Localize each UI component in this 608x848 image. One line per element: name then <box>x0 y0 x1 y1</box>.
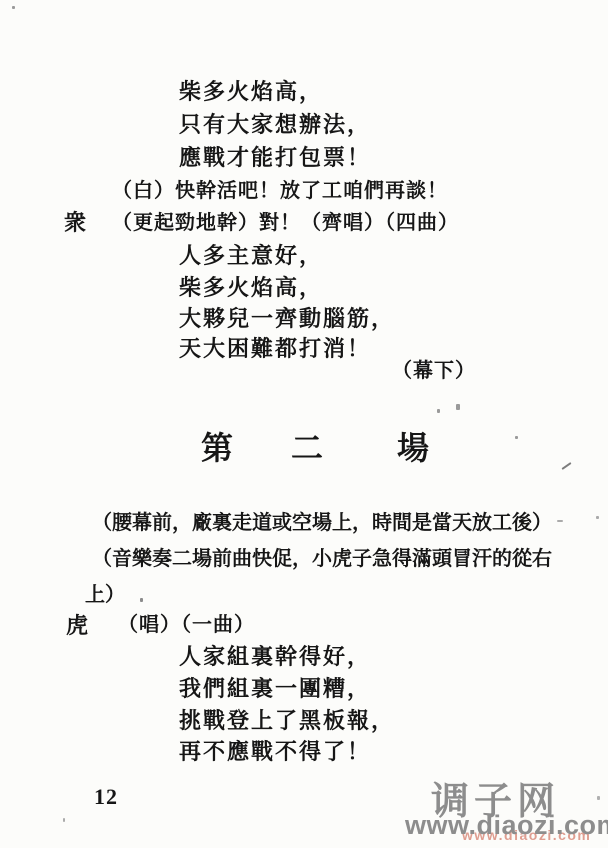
scene-heading-char: 場 <box>397 423 429 469</box>
stage-direction: （音樂奏二場前曲快促，小虎子急得滿頭冒汗的從右 <box>92 548 552 570</box>
lyric-line: 人多主意好， <box>179 244 323 268</box>
page-number: 12 <box>94 784 118 810</box>
lyric-line: 天大困難都打消！ <box>179 337 371 361</box>
scanned-script-page: 柴多火焰高， 只有大家想辦法， 應戰才能打包票！ （白）快幹活吧！放了工咱們再談… <box>0 0 608 848</box>
speaker-label-tiger: 虎 <box>66 614 88 638</box>
scan-speck <box>597 796 600 800</box>
scan-speck <box>515 436 518 439</box>
lyric-line: 柴多火焰高， <box>179 276 323 300</box>
lyric-line: 應戰才能打包票！ <box>179 146 371 170</box>
lyric-line: 柴多火焰高， <box>179 80 323 104</box>
scan-speck <box>12 6 15 9</box>
chorus-dialogue-line: （更起勁地幹）對！（齊唱）（四曲） <box>112 212 459 234</box>
scan-speck <box>437 409 440 413</box>
lyric-line: 挑戰登上了黑板報， <box>179 709 395 733</box>
scene-heading-char: 二 <box>291 423 323 469</box>
lyric-line: 只有大家想辦法， <box>179 113 371 137</box>
lyric-line: 我們組裏一團糟， <box>179 677 371 701</box>
scan-speck <box>63 818 65 822</box>
scene-heading-char: 第 <box>201 423 233 469</box>
stage-direction-wrap: 上） <box>85 584 125 606</box>
lyric-line: 再不應戰不得了！ <box>179 740 371 764</box>
scan-speck <box>561 462 571 470</box>
scan-speck <box>456 404 460 410</box>
scan-speck <box>140 598 143 602</box>
spoken-dialogue-line: （白）快幹活吧！放了工咱們再談！ <box>112 180 448 202</box>
lyric-line: 大夥兒一齊動腦筋， <box>179 307 395 331</box>
lyric-line: 人家組裏幹得好， <box>179 645 371 669</box>
stage-direction: （腰幕前，廠裏走道或空場上，時間是當天放工後） <box>92 512 552 534</box>
speaker-label-chorus: 衆 <box>64 211 86 235</box>
curtain-note: （幕下） <box>392 360 476 382</box>
watermark-site-name: 调子网 <box>431 770 560 825</box>
scan-speck <box>557 520 563 522</box>
scan-speck <box>596 516 599 519</box>
tiger-dialogue-line: （唱）（一曲） <box>118 614 255 636</box>
